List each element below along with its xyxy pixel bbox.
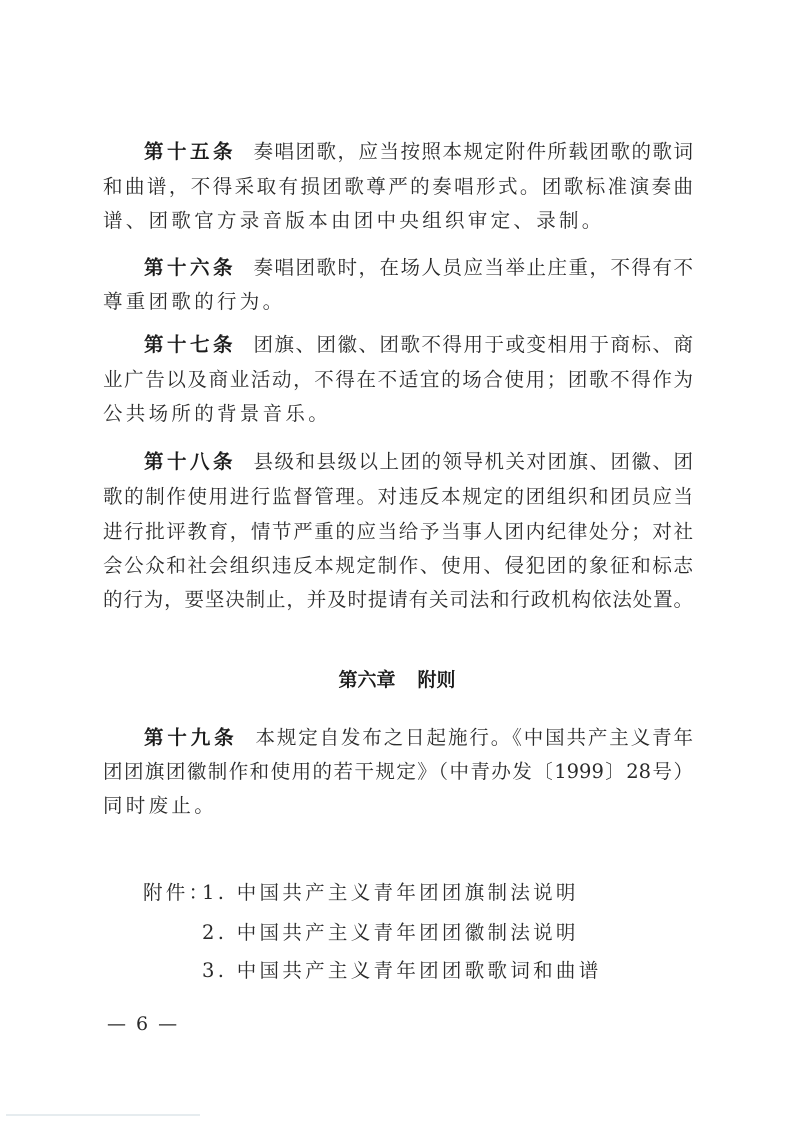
chapter-heading: 第六章附则 <box>0 668 794 692</box>
attachment-item-2: 2. 中国共产主义青年团团徽制法说明 <box>202 921 579 945</box>
article-15-label: 第十五条 <box>144 140 236 163</box>
article-18-line-4: 会公众和社会组织违反本规定制作、使用、侵犯团的象征和标志 <box>103 554 693 578</box>
article-15-line-3: 谱、团歌官方录音版本由团中央组织审定、录制。 <box>103 209 693 233</box>
article-19-line-3: 同时废止。 <box>103 794 693 818</box>
article-18-line-5: 的行为，要坚决制止，并及时提请有关司法和行政机构依法处置。 <box>103 588 693 612</box>
attachment-item-1: 1. 中国共产主义青年团团旗制法说明 <box>202 881 579 905</box>
article-16-line-1: 第十六条奏唱团歌时，在场人员应当举止庄重，不得有不 <box>144 256 693 280</box>
article-19-line-2: 团团旗团徽制作和使用的若干规定》（中青办发〔1999〕28号） <box>103 760 693 784</box>
article-17-line-1: 第十七条团旗、团徽、团歌不得用于或变相用于商标、商 <box>144 333 693 357</box>
scan-artifact-line <box>6 1114 200 1116</box>
page-number: — 6 — <box>107 1012 179 1036</box>
article-18-line-3: 进行批评教育，情节严重的应当给予当事人团内纪律处分；对社 <box>103 520 693 544</box>
chapter-number: 第六章 <box>338 669 395 691</box>
article-16-label: 第十六条 <box>144 256 236 279</box>
article-15-line-2: 和曲谱，不得采取有损团歌尊严的奏唱形式。团歌标准演奏曲 <box>103 175 693 199</box>
article-19-label: 第十九条 <box>144 726 238 749</box>
article-18-line-1: 第十八条县级和县级以上团的领导机关对团旗、团徽、团 <box>144 450 693 474</box>
article-16-line-2: 尊重团歌的行为。 <box>103 290 693 314</box>
article-18-line-2: 歌的制作使用进行监督管理。对违反本规定的团组织和团员应当 <box>103 485 693 509</box>
article-17-line-2: 业广告以及商业活动，不得在不适宜的场合使用；团歌不得作为 <box>103 368 693 392</box>
article-18-label: 第十八条 <box>144 450 236 473</box>
article-17-label: 第十七条 <box>144 333 236 356</box>
article-15-line-1: 第十五条奏唱团歌，应当按照本规定附件所载团歌的歌词 <box>144 140 693 164</box>
article-19-line-1: 第十九条本规定自发布之日起施行。《中国共产主义青年 <box>144 726 693 750</box>
attachment-item-3: 3. 中国共产主义青年团团歌歌词和曲谱 <box>202 959 602 983</box>
article-17-line-3: 公共场所的背景音乐。 <box>103 402 693 426</box>
chapter-title: 附则 <box>418 669 456 691</box>
